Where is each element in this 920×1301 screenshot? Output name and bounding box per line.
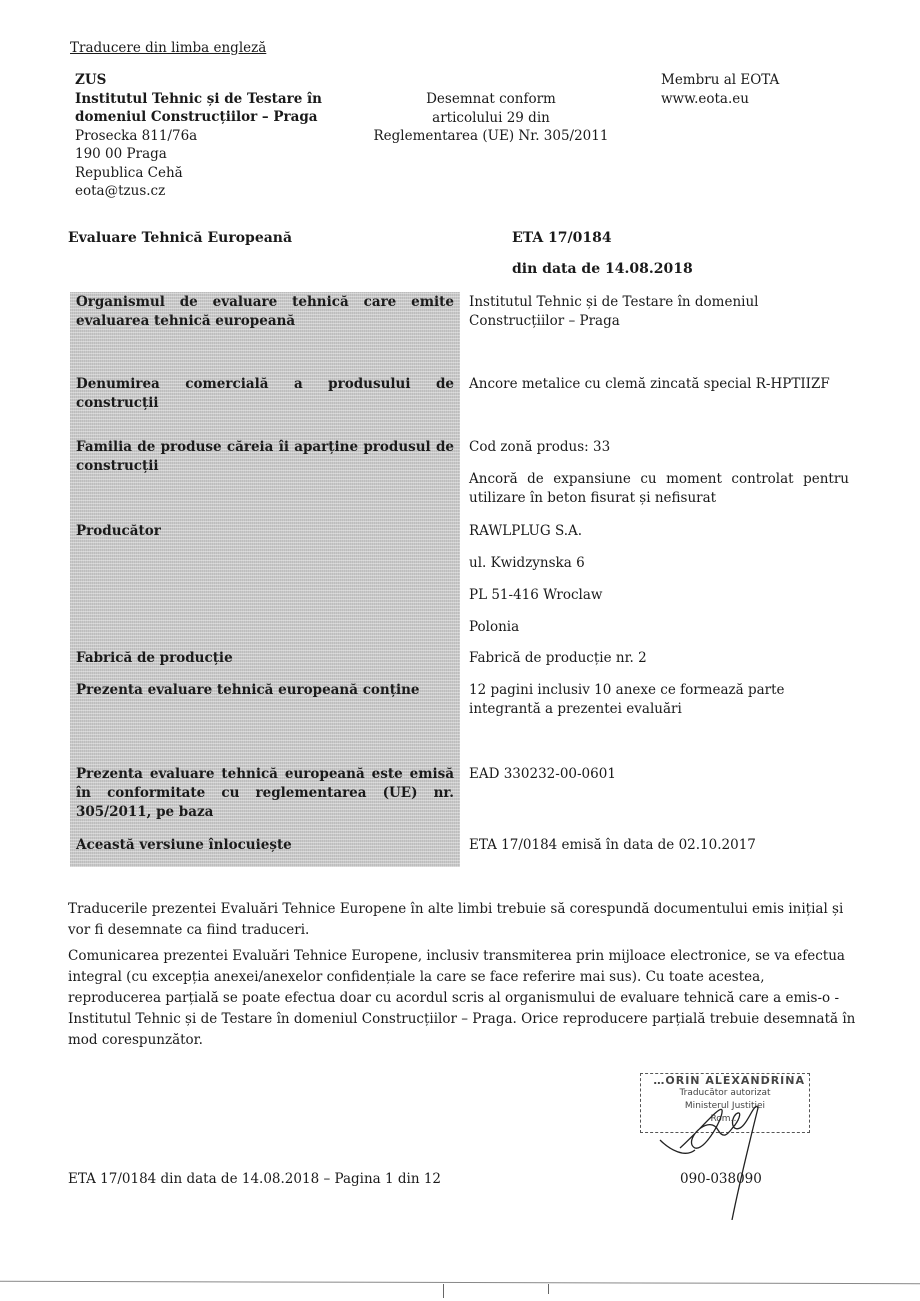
designation-line: Reglementarea (UE) Nr. 305/2011 bbox=[360, 127, 622, 146]
communication-paragraph: Comunicarea prezentei Evaluări Tehnice E… bbox=[68, 946, 858, 1051]
eta-number: ETA 17/0184 bbox=[512, 230, 612, 246]
table-label: Denumirea comercială a produsului de con… bbox=[76, 375, 454, 413]
table-label: Fabrică de producție bbox=[76, 649, 454, 668]
eota-website-link: www.eota.eu bbox=[661, 90, 779, 109]
table-value: ul. Kwidzynska 6 bbox=[469, 554, 849, 573]
table-value: Polonia bbox=[469, 618, 849, 637]
scan-mark bbox=[548, 1284, 549, 1294]
issuer-address-line: 190 00 Praga bbox=[75, 145, 322, 164]
eta-date: din data de 14.08.2018 bbox=[512, 261, 693, 277]
designation-line: Desemnat conform bbox=[360, 90, 622, 109]
table-label: Familia de produse căreia îi aparține pr… bbox=[76, 438, 454, 476]
issuer-abbrev: ZUS bbox=[75, 71, 322, 90]
table-value: Institutul Tehnic și de Testare în domen… bbox=[469, 293, 849, 331]
designation-block: Desemnat conform articolului 29 din Regl… bbox=[360, 90, 622, 146]
page-footer: ETA 17/0184 din data de 14.08.2018 – Pag… bbox=[68, 1171, 441, 1187]
translation-notice-paragraph: Traducerile prezentei Evaluări Tehnice E… bbox=[68, 899, 858, 941]
table-value: Ancoră de expansiune cu moment controlat… bbox=[469, 470, 849, 508]
issuer-block: ZUS Institutul Tehnic și de Testare în d… bbox=[75, 71, 322, 201]
table-value: PL 51-416 Wroclaw bbox=[469, 586, 849, 605]
scan-bottom-edge bbox=[0, 1281, 920, 1284]
table-label: Prezenta evaluare tehnică europeană este… bbox=[76, 765, 454, 822]
table-value: Fabrică de producție nr. 2 bbox=[469, 649, 849, 668]
signature-icon bbox=[640, 1070, 790, 1220]
issuer-name-line1: Institutul Tehnic și de Testare în bbox=[75, 90, 322, 109]
eota-membership: Membru al EOTA www.eota.eu bbox=[661, 71, 779, 108]
table-value: Ancore metalice cu clemă zincată special… bbox=[469, 375, 849, 394]
table-label: Această versiune înlocuiește bbox=[76, 836, 454, 855]
issuer-email: eota@tzus.cz bbox=[75, 182, 322, 201]
document-reference: 090-038090 bbox=[680, 1171, 762, 1187]
membership-label: Membru al EOTA bbox=[661, 71, 779, 90]
table-value: 12 pagini inclusiv 10 anexe ce formează … bbox=[469, 681, 849, 719]
document-type-title: Evaluare Tehnică Europeană bbox=[68, 230, 292, 246]
issuer-address-line: Prosecka 811/76a bbox=[75, 127, 322, 146]
table-value: RAWLPLUG S.A. bbox=[469, 522, 849, 541]
table-value: EAD 330232-00-0601 bbox=[469, 765, 849, 784]
issuer-name-line2: domeniul Construcțiilor – Praga bbox=[75, 108, 322, 127]
scan-mark bbox=[443, 1284, 444, 1298]
table-label: Producător bbox=[76, 522, 454, 541]
table-label: Prezenta evaluare tehnică europeană conț… bbox=[76, 681, 454, 700]
table-value: ETA 17/0184 emisă în data de 02.10.2017 bbox=[469, 836, 849, 855]
designation-line: articolului 29 din bbox=[360, 109, 622, 128]
translation-note: Traducere din limba engleză bbox=[70, 40, 266, 56]
issuer-address-line: Republica Cehă bbox=[75, 164, 322, 183]
table-value: Cod zonă produs: 33 bbox=[469, 438, 849, 457]
table-label: Organismul de evaluare tehnică care emit… bbox=[76, 293, 454, 331]
